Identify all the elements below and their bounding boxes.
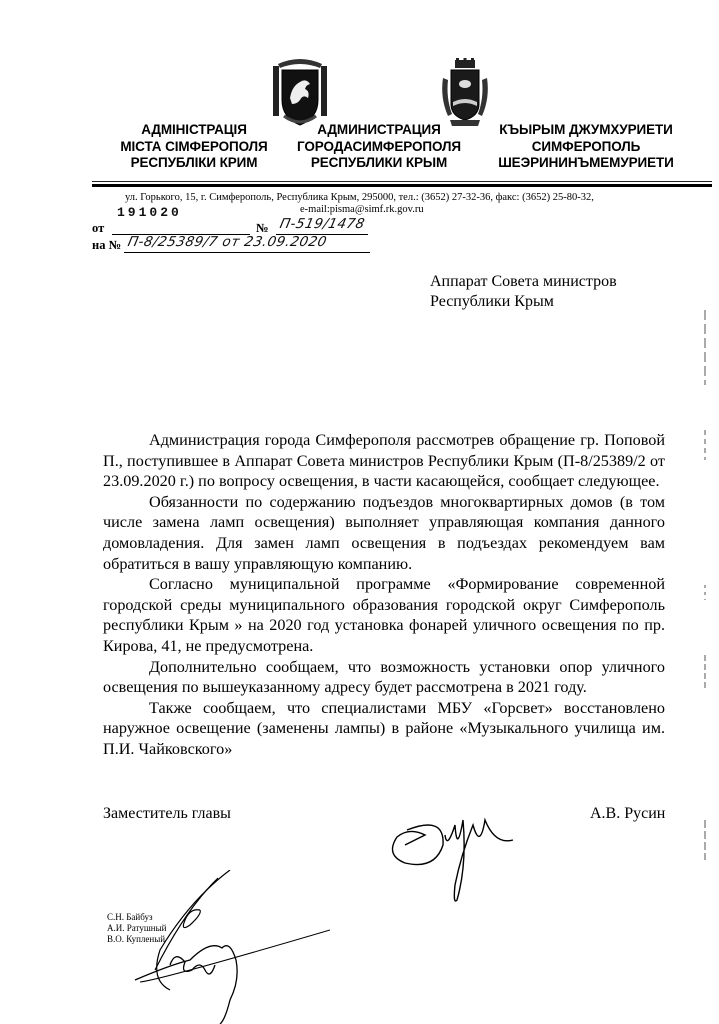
letterhead-ukrainian: АДМІНІСТРАЦІЯ МІСТА СІМФЕРОПОЛЯ РЕСПУБЛІ… (96, 122, 292, 172)
signatory-name: А.В. Русин (590, 805, 665, 823)
address-line: ул. Горького, 15, г. Симферополь, Респуб… (125, 192, 594, 204)
letter-body: Администрация города Симферополя рассмот… (103, 430, 665, 760)
scan-edge-marks (700, 300, 710, 900)
letterhead-crimean-tatar: КЪЫРЫМ ДЖУМХУРИЕТИ СИМФЕРОПОЛЬ ШЕЭРИНИНЪ… (476, 122, 696, 172)
reply-reference-line (124, 252, 370, 253)
from-label: от (92, 221, 104, 236)
header-divider-thin (92, 181, 712, 182)
letterhead-russian: АДМИНИСТРАЦИЯ ГОРОДАСИМФЕРОПОЛЯ РЕСПУБЛИ… (286, 122, 472, 172)
outgoing-number: П-519/1478 (278, 216, 366, 232)
reply-to-label: на № (92, 238, 121, 253)
body-paragraph: Согласно муниципальной программе «Формир… (103, 574, 665, 656)
body-paragraph: Дополнительно сообщаем, что возможность … (103, 657, 665, 698)
reply-reference: П-8/25389/7 от 23.09.2020 (126, 234, 328, 250)
header-divider-thick (92, 184, 712, 187)
recipient-block: Аппарат Совета министров Республики Крым (430, 272, 617, 312)
signatory-position: Заместитель главы (103, 805, 231, 823)
crimea-coat-of-arms-icon (270, 58, 330, 128)
body-paragraph: Также сообщаем, что специалистами МБУ «Г… (103, 698, 665, 760)
body-paragraph: Обязанности по содержанию подъездов мног… (103, 492, 665, 574)
body-paragraph: Администрация города Симферополя рассмот… (103, 430, 665, 492)
letter-page: АДМІНІСТРАЦІЯ МІСТА СІМФЕРОПОЛЯ РЕСПУБЛІ… (0, 0, 719, 1024)
email-line: e-mail:pisma@simf.rk.gov.ru (300, 204, 424, 216)
main-signature (385, 805, 545, 915)
executor-signature (130, 870, 330, 1024)
executors-list: С.Н. Байбуз А.И. Ратушный В.О. Купленый (107, 912, 166, 945)
registration-date-stamp: 191020 (117, 205, 182, 220)
simferopol-coat-of-arms-icon (440, 58, 490, 128)
